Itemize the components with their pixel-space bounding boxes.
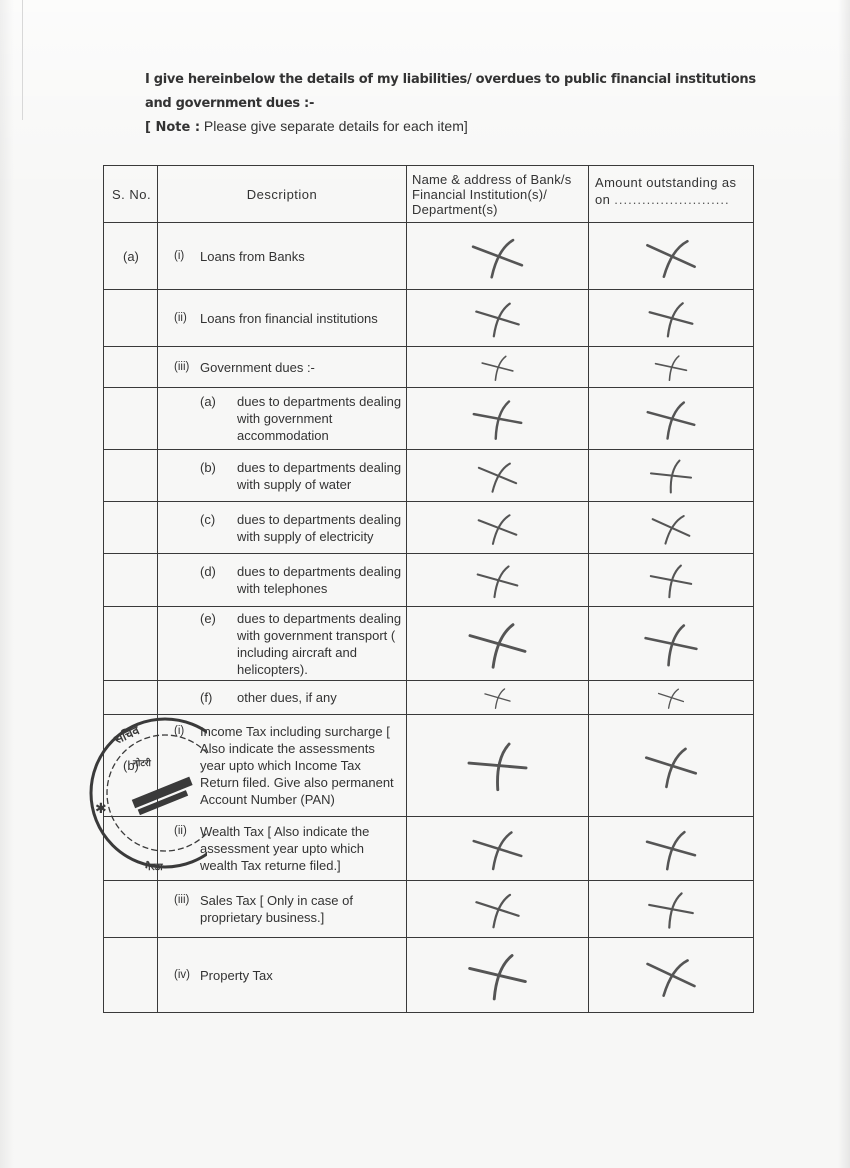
amount-cell: [589, 817, 754, 881]
item-text: other dues, if any: [237, 689, 406, 706]
bank-cell: [407, 347, 589, 388]
row-description: (f)other dues, if any: [158, 681, 407, 715]
row-description: (ii)Wealth Tax [ Also indicate the asses…: [158, 817, 407, 881]
row-description: (a)dues to departments dealing with gove…: [158, 388, 407, 450]
item-number: (iv): [174, 967, 200, 984]
bank-cell: [407, 817, 589, 881]
bank-cell: [407, 938, 589, 1013]
row-sno: [104, 290, 158, 347]
header-amount: Amount outstanding as on ...............…: [589, 166, 754, 223]
item-text: Government dues :-: [200, 359, 406, 376]
row-sno: [104, 450, 158, 502]
row-description: (b)dues to departments dealing with supp…: [158, 450, 407, 502]
row-sno: [104, 938, 158, 1013]
row-sno: (b): [104, 715, 158, 817]
bank-cell: [407, 554, 589, 607]
item-number: (i): [174, 248, 200, 265]
item-text: Property Tax: [200, 967, 406, 984]
amount-cell: [589, 290, 754, 347]
row-description: (d)dues to departments dealing with tele…: [158, 554, 407, 607]
intro-declaration: I give hereinbelow the details of my lia…: [145, 68, 765, 116]
table-row: (e)dues to departments dealing with gove…: [104, 607, 754, 681]
item-text: Loans fron financial institutions: [200, 310, 406, 327]
item-text: dues to departments dealing with telepho…: [237, 563, 406, 597]
table-row: (c)dues to departments dealing with supp…: [104, 502, 754, 554]
item-number: (e): [200, 610, 237, 678]
item-text: Wealth Tax [ Also indicate the assessmen…: [200, 823, 406, 874]
row-sno: [104, 881, 158, 938]
bank-cell: [407, 881, 589, 938]
row-sno: [104, 502, 158, 554]
scan-edge: [22, 0, 23, 120]
amount-cell: [589, 681, 754, 715]
item-number: (c): [200, 511, 237, 545]
header-sno: S. No.: [104, 166, 158, 223]
table-row: (a)(i)Loans from Banks: [104, 223, 754, 290]
item-text: dues to departments dealing with supply …: [237, 511, 406, 545]
row-sno: [104, 388, 158, 450]
bank-cell: [407, 223, 589, 290]
row-sno: [104, 554, 158, 607]
row-sno: [104, 681, 158, 715]
row-sno: [104, 817, 158, 881]
item-number: (ii): [174, 310, 200, 327]
item-number: (b): [200, 459, 237, 493]
bank-cell: [407, 502, 589, 554]
item-number: (iii): [174, 359, 200, 376]
row-sno: [104, 607, 158, 681]
item-number: (a): [200, 393, 237, 444]
row-description: (ii)Loans fron financial institutions: [158, 290, 407, 347]
table-row: (ii)Loans fron financial institutions: [104, 290, 754, 347]
bank-cell: [407, 388, 589, 450]
item-number: (iii): [174, 892, 200, 926]
item-text: dues to departments dealing with governm…: [237, 610, 406, 678]
table-row: (iv)Property Tax: [104, 938, 754, 1013]
amount-cell: [589, 938, 754, 1013]
amount-cell: [589, 881, 754, 938]
row-description: (i)Income Tax including surcharge [ Also…: [158, 715, 407, 817]
header-description: Description: [158, 166, 407, 223]
amount-cell: [589, 347, 754, 388]
bank-cell: [407, 715, 589, 817]
bank-cell: [407, 290, 589, 347]
table-row: (b)dues to departments dealing with supp…: [104, 450, 754, 502]
amount-cell: [589, 502, 754, 554]
item-number: (d): [200, 563, 237, 597]
row-description: (iv)Property Tax: [158, 938, 407, 1013]
item-number: (i): [174, 723, 200, 808]
row-description: (i)Loans from Banks: [158, 223, 407, 290]
row-description: (iii)Government dues :-: [158, 347, 407, 388]
item-text: Sales Tax [ Only in case of proprietary …: [200, 892, 406, 926]
amount-cell: [589, 450, 754, 502]
table-row: (iii)Sales Tax [ Only in case of proprie…: [104, 881, 754, 938]
table-header-row: S. No. Description Name & address of Ban…: [104, 166, 754, 223]
bank-cell: [407, 607, 589, 681]
amount-cell: [589, 554, 754, 607]
item-text: dues to departments dealing with governm…: [237, 393, 406, 444]
header-bank: Name & address of Bank/s Financial Insti…: [407, 166, 589, 223]
note-label: [ Note :: [145, 120, 200, 135]
row-description: (iii)Sales Tax [ Only in case of proprie…: [158, 881, 407, 938]
amount-cell: [589, 715, 754, 817]
amount-cell: [589, 223, 754, 290]
note-text: Please give separate details for each it…: [200, 118, 468, 134]
amount-cell: [589, 607, 754, 681]
note-line: [ Note : Please give separate details fo…: [145, 118, 468, 135]
table-row: (iii)Government dues :-: [104, 347, 754, 388]
row-sno: (a): [104, 223, 158, 290]
row-sno: [104, 347, 158, 388]
item-number: (ii): [174, 823, 200, 874]
table-row: (ii)Wealth Tax [ Also indicate the asses…: [104, 817, 754, 881]
table-row: (a)dues to departments dealing with gove…: [104, 388, 754, 450]
header-amount-date-blank: .........................: [614, 192, 729, 207]
item-text: Income Tax including surcharge [ Also in…: [200, 723, 406, 808]
amount-cell: [589, 388, 754, 450]
table-row: (b)(i)Income Tax including surcharge [ A…: [104, 715, 754, 817]
bank-cell: [407, 450, 589, 502]
item-text: dues to departments dealing with supply …: [237, 459, 406, 493]
row-description: (c)dues to departments dealing with supp…: [158, 502, 407, 554]
table-row: (f)other dues, if any: [104, 681, 754, 715]
liabilities-table: S. No. Description Name & address of Ban…: [103, 165, 754, 1013]
bank-cell: [407, 681, 589, 715]
item-number: (f): [200, 689, 237, 706]
item-text: Loans from Banks: [200, 248, 406, 265]
row-description: (e)dues to departments dealing with gove…: [158, 607, 407, 681]
table-row: (d)dues to departments dealing with tele…: [104, 554, 754, 607]
